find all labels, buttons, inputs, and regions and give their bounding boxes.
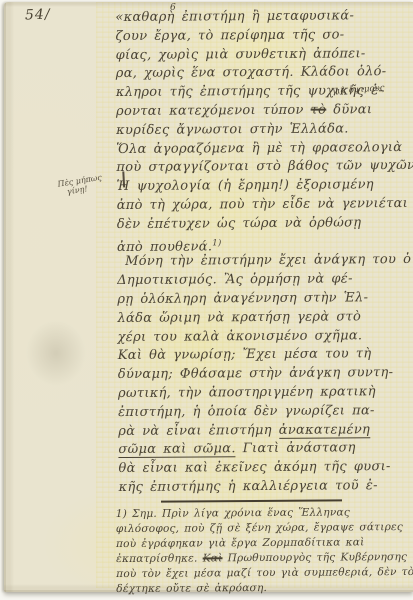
text-segment: ἀνακατεμένη xyxy=(279,422,370,439)
text-segment: ἐκπατρίσθηκε. xyxy=(116,552,203,565)
text-segment: Μόνη τὴν ἐπιστήμην ἔχει ἀνάγκη του ὁ xyxy=(125,252,411,269)
text-segment: Ἡ ψυχολογία (ἡ ἔρημη!) ἐξορισμένη xyxy=(116,177,373,194)
text-segment: δέχτηκε οὔτε σὲ ἀκρόαση. xyxy=(116,582,267,595)
text-segment: Καὶ xyxy=(203,552,223,564)
text-segment: «καθαρὴ ἐπιστήμη ἢ μεταφυσικά- xyxy=(115,8,354,25)
text-segment: ποὺ στραγγίζονται στὸ βάθος τῶν ψυχῶν xyxy=(116,158,413,175)
text-line: κῆς ἐπιστήμης ἡ καλλιέργεια τοῦ ἐ- xyxy=(119,477,413,498)
text-line: λάδα ὥριμη νὰ κρατήσῃ γερὰ στὸ xyxy=(117,308,413,329)
text-line: σῶμα καὶ σῶμα. Γιατὶ ἀνάσταση xyxy=(118,439,413,460)
text-segment: κῆς ἐπιστήμης ἡ καλλιέργεια τοῦ ἐ- xyxy=(119,478,378,495)
text-segment: Ὅλα ἀγοραζόμενα ἢ μὲ τὴ φρασεολογιὰ xyxy=(116,140,402,157)
text-line: ποὺ στραγγίζονται στὸ βάθος τῶν ψυχῶν xyxy=(116,157,413,178)
text-line: φίας, χωρὶς μιὰ συνθετικὴ ἀπόπει- xyxy=(116,45,413,66)
text-line: ζουν ἔργα, τὸ περίφημα τῆς σο- xyxy=(115,26,413,47)
text-line: Ἡ ψυχολογία (ἡ ἔρημη!) ἐξορισμένη xyxy=(116,176,413,197)
text-segment: Γιατὶ ἀνάσταση xyxy=(236,441,356,457)
text-line: ρῃ ὁλόκληρη ἀναγέννηση στὴν Ἑλ- xyxy=(117,289,413,310)
text-segment: ρὰ νὰ εἶναι ἐπιστήμη xyxy=(118,422,279,438)
text-line: δέχτηκε οὔτε σὲ ἀκρόαση. xyxy=(116,580,413,597)
text-line: ἀπὸ πουθενά.1) xyxy=(117,233,413,254)
text-segment: 1) Σημ. Πρὶν λίγα χρόνια ἕνας Ἕλληνας xyxy=(116,506,350,520)
text-line: ποὺ τὸν ἔχει μέσα μαζί του γιὰ συμπεθερι… xyxy=(116,565,413,582)
text-segment: σῶμα καὶ σῶμα. xyxy=(118,442,236,459)
text-segment: ἐπιστήμη, ἡ ὁποία δὲν γνωρίζει πα- xyxy=(118,403,375,420)
text-segment: δὲν ἐπέτυχεν ὡς τώρα νὰ ὀρθώσῃ xyxy=(117,215,362,232)
text-segment: θὰ εἶναι καὶ ἐκεῖνες ἀκόμη τῆς φυσι- xyxy=(118,459,390,476)
text-segment: ρῃ ὁλόκληρη ἀναγέννηση στὴν Ἑλ- xyxy=(117,290,368,307)
text-segment: Πρωθυπουργὸς τῆς Κυβέρνησης xyxy=(222,551,407,564)
text-segment: Δημοτικισμός. Ἂς ὁρμήσῃ νὰ φέ- xyxy=(117,272,353,289)
text-line: θὰ εἶναι καὶ ἐκεῖνες ἀκόμη τῆς φυσι- xyxy=(118,458,413,479)
text-line: χέρι του καλὰ ἀκονισμένο σχῆμα. xyxy=(118,327,413,348)
text-segment: ποὺ ἐγράφηκαν γιὰ ἔργα Ζορμπαδίτικα καὶ xyxy=(116,536,365,550)
text-segment: ρονται κατεχόμενοι τύπον xyxy=(116,103,311,119)
text-segment: ποὺ τὸν ἔχει μέσα μαζί του γιὰ συμπεθερι… xyxy=(116,566,413,580)
text-segment: 1) xyxy=(212,238,221,248)
text-line: ρα, χωρὶς ἕνα στοχαστή. Κλάδοι ὁλό- xyxy=(116,63,413,84)
text-segment: δῦναι xyxy=(326,102,372,117)
text-line: Ὅλα ἀγοραζόμενα ἢ μὲ τὴ φρασεολογιὰ xyxy=(116,139,413,160)
text-line: ρωτική, τὴν ἀποστηριγμένη κρατικὴ xyxy=(118,383,413,404)
text-segment: ἀπὸ τὴ χώρα, ποὺ τὴν εἶδε νὰ γεννιέται xyxy=(117,196,409,213)
text-line: κυρίδες ἄγνωστοι στὴν Ἑλλάδα. xyxy=(116,120,413,141)
text-line: Δημοτικισμός. Ἂς ὁρμήσῃ νὰ φέ- xyxy=(117,270,413,291)
text-line: «καθαρὴ ἐπιστήμη ἢ μεταφυσικά- xyxy=(115,7,413,28)
text-line: ρὰ νὰ εἶναι ἐπιστήμη ἀνακατεμένη xyxy=(118,420,413,441)
text-line: ρονται κατεχόμενοι τύπον τὸ δῦναι xyxy=(116,101,413,122)
page-number: 54/ xyxy=(25,7,51,24)
text-segment: ρα, χωρὶς ἕνα στοχαστή. Κλάδοι ὁλό- xyxy=(116,65,387,82)
text-segment: δύναμη; Φθάσαμε στὴν ἀνάγκη συντη- xyxy=(118,365,394,382)
text-segment: φιλόσοφος, ποὺ ζῇ σὲ ξένη χώρα, ἔγραψε σ… xyxy=(116,521,403,535)
manuscript-paper: 54/ Πὲς μήπως γίνῃ! 6 «καθαρὴ ἐπιστήμη ἢ… xyxy=(4,2,413,592)
text-segment: τὸ xyxy=(311,103,327,118)
text-line: Μόνη τὴν ἐπιστήμην ἔχει ἀνάγκη του ὁ xyxy=(117,251,413,272)
text-line: ἀπὸ τὴ χώρα, ποὺ τὴν εἶδε νὰ γεννιέται xyxy=(117,195,413,216)
text-line: δύναμη; Φθάσαμε στὴν ἀνάγκη συντη- xyxy=(118,364,413,385)
manuscript-body-text: «καθαρὴ ἐπιστήμη ἢ μεταφυσικά-ζουν ἔργα,… xyxy=(115,7,413,498)
footnote-separator-rule xyxy=(161,499,342,502)
footnote-text: 1) Σημ. Πρὶν λίγα χρόνια ἕνας Ἕλληναςφιλ… xyxy=(116,505,413,597)
text-segment: κυρίδες ἄγνωστοι στὴν Ἑλλάδα. xyxy=(116,121,349,138)
text-segment: φίας, χωρὶς μιὰ συνθετικὴ ἀπόπει- xyxy=(116,46,366,63)
text-line: φιλόσοφος, ποὺ ζῇ σὲ ξένη χώρα, ἔγραψε σ… xyxy=(116,520,413,537)
text-segment: χέρι του καλὰ ἀκονισμένο σχῆμα. xyxy=(118,328,363,345)
scanned-manuscript-page: { "colors": { "paper": "#e9e4cf", "ink":… xyxy=(0,0,413,600)
text-segment: Καὶ θὰ γνωρίσῃ; Ἔχει μέσα του τὴ xyxy=(118,347,372,364)
text-segment: ρωτική, τὴν ἀποστηριγμένη κρατικὴ xyxy=(118,384,376,401)
text-line: δὲν ἐπέτυχεν ὡς τώρα νὰ ὀρθώσῃ xyxy=(117,214,413,235)
margin-note: Πὲς μήπως γίνῃ! xyxy=(57,170,119,197)
text-line: ἐπιστήμη, ἡ ὁποία δὲν γνωρίζει πα- xyxy=(118,402,413,423)
paper-stain xyxy=(26,320,86,386)
text-line: Καὶ θὰ γνωρίσῃ; Ἔχει μέσα του τὴ xyxy=(118,345,413,366)
text-segment: λάδα ὥριμη νὰ κρατήσῃ γερὰ στὸ xyxy=(117,309,361,326)
text-segment: ζουν ἔργα, τὸ περίφημα τῆς σο- xyxy=(115,27,344,44)
